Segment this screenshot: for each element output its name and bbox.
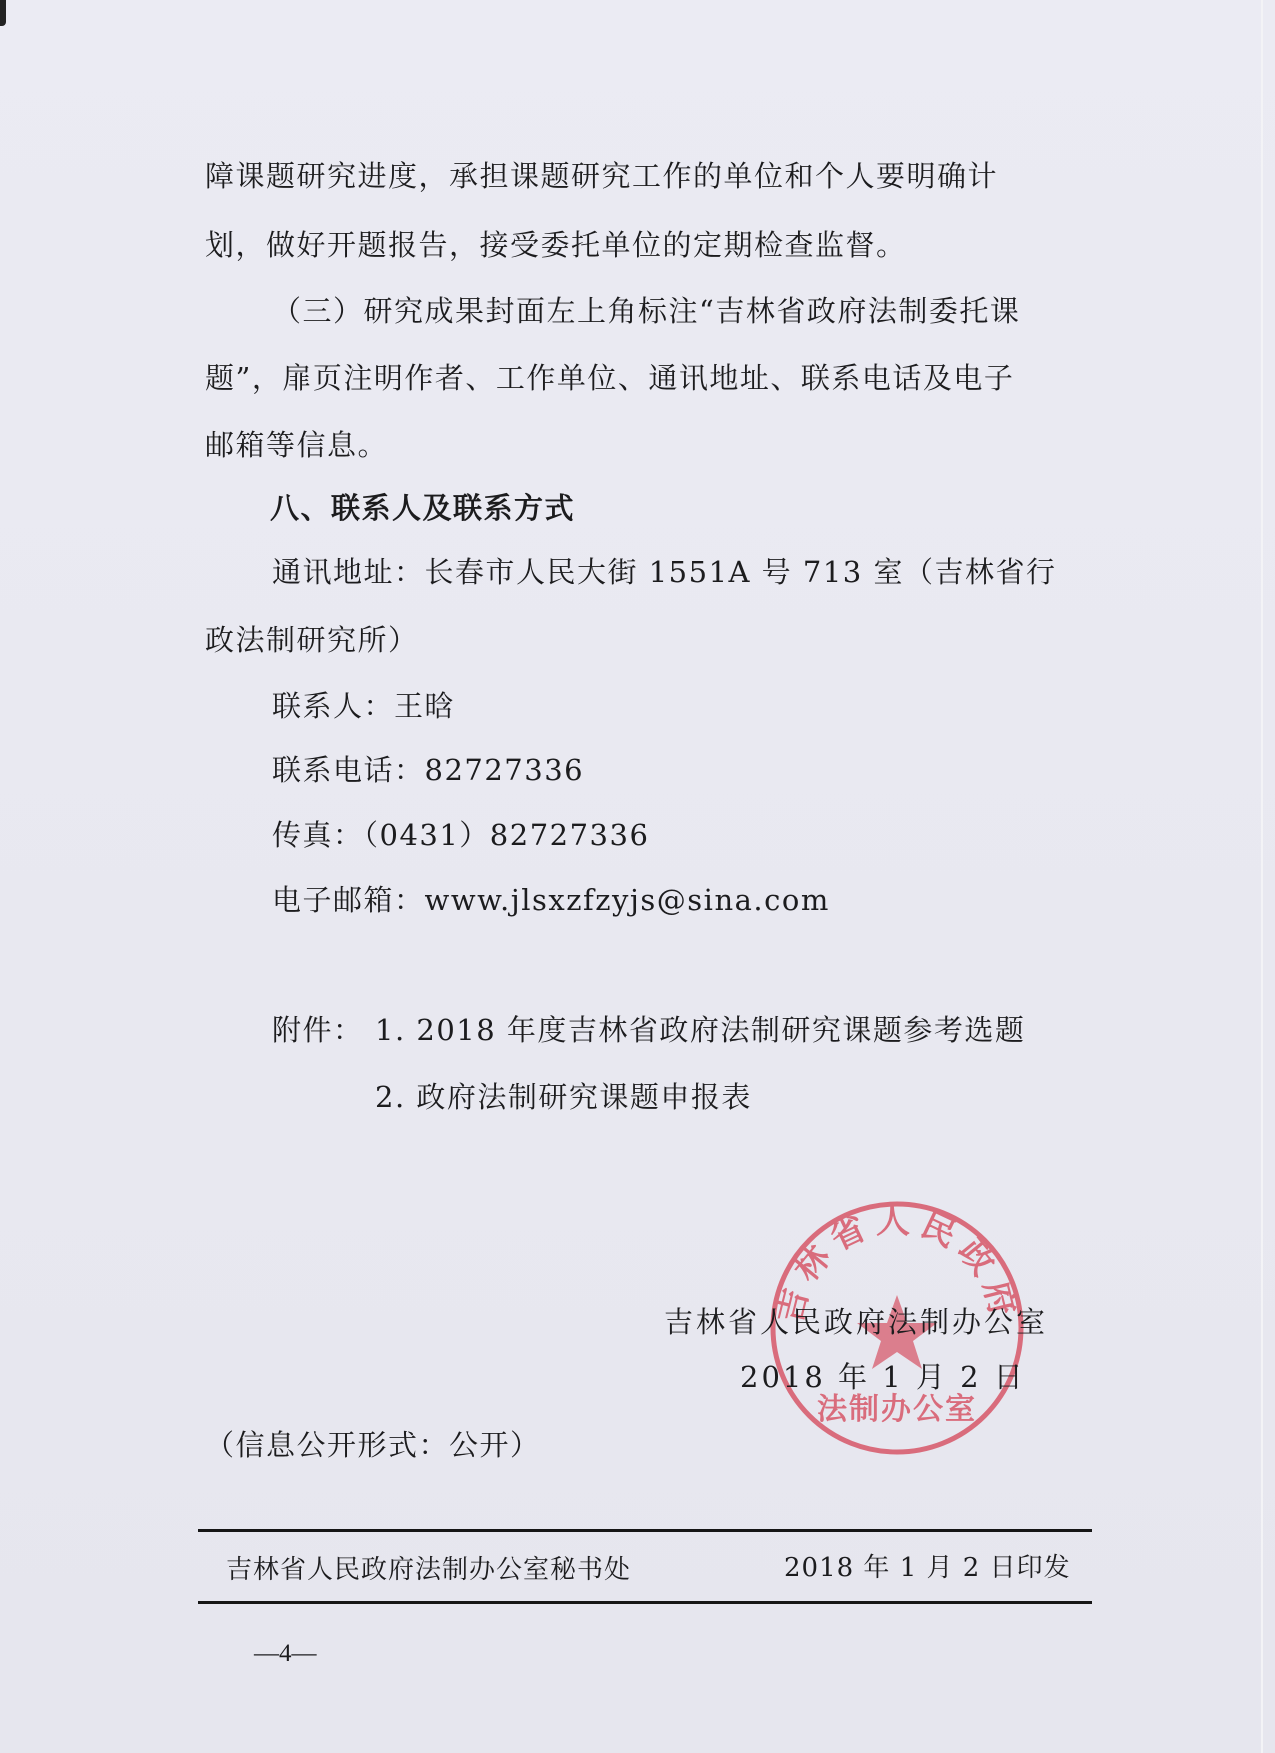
- footer-issue-date: 2018 年 1 月 2 日印发: [784, 1547, 1071, 1584]
- footer-issuer: 吉林省人民政府法制办公室秘书处: [226, 1549, 631, 1586]
- document-page: 障课题研究进度，承担课题研究工作的单位和个人要明确计 划，做好开题报告，接受委托…: [0, 0, 1275, 1753]
- address-line-1: 通讯地址：长春市人民大街 1551A 号 713 室（吉林省行: [272, 552, 1056, 592]
- section-heading-contact: 八、联系人及联系方式: [270, 488, 575, 528]
- signature-date: 2018 年 1 月 2 日: [740, 1355, 1026, 1396]
- address-line-2: 政法制研究所）: [205, 620, 419, 660]
- contact-fax: 传真：（0431）82727336: [272, 815, 649, 855]
- attachment-item-1: 1. 2018 年度吉林省政府法制研究课题参考选题: [375, 1010, 1025, 1050]
- scan-edge-mark: [0, 0, 6, 26]
- signature-organization: 吉林省人民政府法制办公室: [664, 1300, 1048, 1341]
- attachment-item-2: 2. 政府法制研究课题申报表: [375, 1077, 752, 1117]
- footer-rule-bottom: [198, 1601, 1092, 1604]
- attachments-label: 附件：: [272, 1010, 364, 1050]
- body-line-1: 障课题研究进度，承担课题研究工作的单位和个人要明确计: [205, 156, 998, 196]
- body-line-3: （三）研究成果封面左上角标注“吉林省政府法制委托课: [272, 291, 1020, 331]
- page-number: —4—: [254, 1640, 317, 1668]
- contact-phone: 联系电话：82727336: [272, 750, 584, 790]
- body-line-4: 题”，扉页注明作者、工作单位、通讯地址、联系电话及电子: [205, 358, 1014, 398]
- body-line-5: 邮箱等信息。: [205, 425, 388, 465]
- contact-person: 联系人：王晗: [272, 686, 455, 726]
- scan-right-edge: [1261, 0, 1263, 1753]
- svg-text:法制办公室: 法制办公室: [817, 1392, 977, 1427]
- disclosure-note: （信息公开形式：公开）: [205, 1425, 541, 1465]
- body-line-2: 划，做好开题报告，接受委托单位的定期检查监督。: [205, 225, 907, 265]
- contact-email: 电子邮箱：www.jlsxzfzyjs@sina.com: [272, 880, 830, 920]
- footer-rule-top: [198, 1529, 1092, 1532]
